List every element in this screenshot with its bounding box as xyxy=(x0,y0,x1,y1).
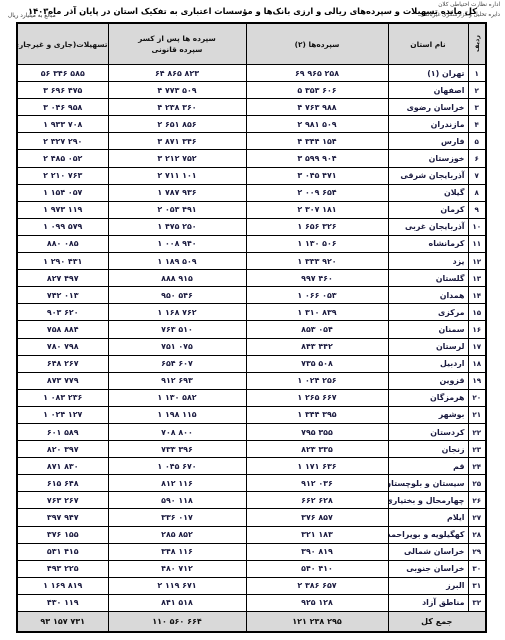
province-name: خراسان شمالی xyxy=(388,543,468,560)
deposits-value: ۵ ۳۵۳ ۶۰۶ xyxy=(246,82,388,99)
deposits-value: ۱ ۲۶۵ ۶۶۷ xyxy=(246,389,388,406)
facilities-value: ۸۲۰ ۳۹۷ xyxy=(17,441,108,458)
facilities-value: ۸۷۱ ۸۳۰ xyxy=(17,458,108,475)
after-legal-value: ۱ ۴۷۵ ۲۵۰ xyxy=(108,218,246,235)
row-number: ۱۲ xyxy=(468,253,486,270)
deposits-value: ۲ ۹۸۱ ۵۰۹ xyxy=(246,116,388,133)
after-legal-value: ۱ ۱۳۰ ۵۸۲ xyxy=(108,389,246,406)
deposits-value: ۲ ۳۸۶ ۶۵۷ xyxy=(246,577,388,594)
table-row: ۷آذربایجان شرقی۳ ۰۴۵ ۴۷۱۲ ۷۱۱ ۱۰۱۲ ۲۱۰ ۷… xyxy=(17,167,486,184)
province-name: کرمان xyxy=(388,201,468,218)
deposits-value: ۸۴۳ ۴۴۲ xyxy=(246,338,388,355)
row-number: ۲۱ xyxy=(468,406,486,423)
deposits-value: ۷۳۵ ۵۰۸ xyxy=(246,355,388,372)
facilities-value: ۳ ۰۴۶ ۹۵۸ xyxy=(17,99,108,116)
table-row: ۲۳زنجان۸۲۳ ۳۳۵۷۳۳ ۳۹۶۸۲۰ ۳۹۷ xyxy=(17,441,486,458)
after-legal-value: ۱ ۱۶۸ ۷۶۲ xyxy=(108,304,246,321)
deposits-value: ۱ ۳۴۴ ۳۹۵ xyxy=(246,406,388,423)
province-name: اصفهان xyxy=(388,82,468,99)
table-row: ۱۳گلستان۹۹۷ ۴۶۰۸۸۸ ۹۱۵۸۲۷ ۴۹۷ xyxy=(17,270,486,287)
facilities-value: ۵۶ ۳۴۶ ۵۸۵ xyxy=(17,65,108,82)
report-page: { "page": { "department_line1": "اداره ن… xyxy=(0,0,505,640)
row-number: ۱ xyxy=(468,65,486,82)
facilities-value: ۷۸۰ ۷۹۸ xyxy=(17,338,108,355)
row-number: ۱۰ xyxy=(468,218,486,235)
province-name: مرکزی xyxy=(388,304,468,321)
province-name: لرستان xyxy=(388,338,468,355)
province-name: چهارمحال و بختیاری xyxy=(388,492,468,509)
province-name: آذربایجان غربی xyxy=(388,218,468,235)
after-legal-value: ۲ ۷۱۱ ۱۰۱ xyxy=(108,167,246,184)
facilities-value: ۶۴۸ ۲۶۷ xyxy=(17,355,108,372)
facilities-value: ۷۵۸ ۸۸۴ xyxy=(17,321,108,338)
deposits-value: ۱ ۰۲۴ ۲۵۶ xyxy=(246,372,388,389)
table-row: ۲۶چهارمحال و بختیاری۶۶۲ ۶۲۸۵۹۰ ۱۱۸۷۶۳ ۲۶… xyxy=(17,492,486,509)
after-legal-value: ۷۳۳ ۳۹۶ xyxy=(108,441,246,458)
row-number: ۱۹ xyxy=(468,372,486,389)
table-row: ۲۰هرمزگان۱ ۲۶۵ ۶۶۷۱ ۱۳۰ ۵۸۲۱ ۰۸۳ ۲۳۶ xyxy=(17,389,486,406)
province-name: سیستان و بلوچستان xyxy=(388,475,468,492)
facilities-value: ۱ ۲۹۰ ۴۳۱ xyxy=(17,253,108,270)
after-legal-value: ۳۴۸ ۱۱۶ xyxy=(108,543,246,560)
facilities-value: ۱ ۱۶۹ ۸۱۹ xyxy=(17,577,108,594)
total-deposits-value: ۱۲۱ ۲۳۸ ۲۹۵ xyxy=(246,612,388,633)
table-row: ۲۷ایلام۳۷۶ ۸۵۷۳۳۶ ۰۱۷۳۹۷ ۹۴۷ xyxy=(17,509,486,526)
deposits-value: ۳۷۶ ۸۵۷ xyxy=(246,509,388,526)
facilities-value: ۸۷۳ ۷۷۹ xyxy=(17,372,108,389)
after-legal-value: ۷۰۸ ۸۰۰ xyxy=(108,423,246,440)
province-name: اردبیل xyxy=(388,355,468,372)
row-number: ۱۸ xyxy=(468,355,486,372)
facilities-value: ۷۶۳ ۲۶۷ xyxy=(17,492,108,509)
deposits-value: ۹۱۲ ۰۳۶ xyxy=(246,475,388,492)
table-row: ۳۲مناطق آزاد۹۲۵ ۱۲۸۸۴۱ ۵۱۸۴۳۰ ۱۱۹ xyxy=(17,594,486,611)
deposits-value: ۱ ۱۷۱ ۶۳۶ xyxy=(246,458,388,475)
after-legal-value: ۶۴ ۸۶۵ ۸۲۳ xyxy=(108,65,246,82)
province-name: خراسان جنوبی xyxy=(388,560,468,577)
after-legal-value: ۳ ۸۷۱ ۳۴۶ xyxy=(108,133,246,150)
row-number: ۳۰ xyxy=(468,560,486,577)
province-name: خوزستان xyxy=(388,150,468,167)
row-number: ۹ xyxy=(468,201,486,218)
deposits-value: ۳۲۱ ۱۸۳ xyxy=(246,526,388,543)
after-legal-value: ۱ ۱۹۸ ۱۱۵ xyxy=(108,406,246,423)
province-name: آذربایجان شرقی xyxy=(388,167,468,184)
column-header-deposits: سپرده‌ها (۲) xyxy=(246,23,388,65)
facilities-value: ۴۳۰ ۱۱۹ xyxy=(17,594,108,611)
facilities-value: ۳۷۶ ۱۵۵ xyxy=(17,526,108,543)
province-name: کهگیلویه و بویراحمد xyxy=(388,526,468,543)
after-legal-value: ۴ ۲۳۸ ۳۶۰ xyxy=(108,99,246,116)
after-legal-value: ۷۵۱ ۰۷۵ xyxy=(108,338,246,355)
row-number: ۵ xyxy=(468,133,486,150)
row-number: ۱۷ xyxy=(468,338,486,355)
deposits-value: ۳۹۰ ۸۱۹ xyxy=(246,543,388,560)
facilities-value: ۱ ۹۳۳ ۷۰۸ xyxy=(17,116,108,133)
page-title: کل مانده تسهیلات و سپرده‌های ریالی و ارز… xyxy=(0,6,505,16)
province-name: همدان xyxy=(388,287,468,304)
facilities-value: ۱ ۰۹۹ ۵۷۹ xyxy=(17,218,108,235)
table-row: ۹کرمان۲ ۳۰۷ ۱۸۱۲ ۰۵۳ ۴۹۱۱ ۹۷۳ ۱۱۹ xyxy=(17,201,486,218)
row-number: ۲۵ xyxy=(468,475,486,492)
deposits-value: ۶۹ ۹۶۵ ۲۵۸ xyxy=(246,65,388,82)
table-body: ۱تهران (۱)۶۹ ۹۶۵ ۲۵۸۶۴ ۸۶۵ ۸۲۳۵۶ ۳۴۶ ۵۸۵… xyxy=(17,65,486,612)
after-legal-value: ۷۶۳ ۵۱۰ xyxy=(108,321,246,338)
row-number: ۲۹ xyxy=(468,543,486,560)
row-number: ۲۴ xyxy=(468,458,486,475)
deposits-value: ۱ ۰۶۶ ۰۵۳ xyxy=(246,287,388,304)
facilities-value: ۱ ۰۲۴ ۱۲۷ xyxy=(17,406,108,423)
row-number: ۱۵ xyxy=(468,304,486,321)
row-number: ۲۳ xyxy=(468,441,486,458)
deposits-value: ۹۹۷ ۴۶۰ xyxy=(246,270,388,287)
table-row: ۲۹خراسان شمالی۳۹۰ ۸۱۹۳۴۸ ۱۱۶۵۳۱ ۴۱۵ xyxy=(17,543,486,560)
after-legal-value: ۹۱۲ ۶۹۳ xyxy=(108,372,246,389)
province-name: قم xyxy=(388,458,468,475)
table-row: ۲۱بوشهر۱ ۳۴۴ ۳۹۵۱ ۱۹۸ ۱۱۵۱ ۰۲۴ ۱۲۷ xyxy=(17,406,486,423)
column-header-after-legal: سپرده ها پس از کسر سپرده قانونی xyxy=(108,23,246,65)
after-legal-value: ۳ ۲۱۲ ۷۵۲ xyxy=(108,150,246,167)
facilities-value: ۹۰۳ ۶۲۰ xyxy=(17,304,108,321)
after-legal-value: ۲ ۱۱۹ ۶۷۱ xyxy=(108,577,246,594)
facilities-value: ۱ ۰۸۳ ۲۳۶ xyxy=(17,389,108,406)
row-number: ۲۰ xyxy=(468,389,486,406)
facilities-value: ۸۲۷ ۴۹۷ xyxy=(17,270,108,287)
facilities-value: ۲ ۲۱۰ ۷۶۳ xyxy=(17,167,108,184)
row-number: ۲۲ xyxy=(468,423,486,440)
unit-note: مبالغ به میلیارد ریال xyxy=(8,13,56,19)
province-name: گلستان xyxy=(388,270,468,287)
table-row: ۲۴قم۱ ۱۷۱ ۶۳۶۱ ۰۴۵ ۶۷۰۸۷۱ ۸۳۰ xyxy=(17,458,486,475)
row-number: ۱۶ xyxy=(468,321,486,338)
province-name: فارس xyxy=(388,133,468,150)
column-header-province: نام استان xyxy=(388,23,468,65)
facilities-value: ۶۰۱ ۵۸۹ xyxy=(17,423,108,440)
facilities-value: ۵۳۱ ۴۱۵ xyxy=(17,543,108,560)
table-row: ۱۵مرکزی۱ ۳۱۰ ۸۳۹۱ ۱۶۸ ۷۶۲۹۰۳ ۶۲۰ xyxy=(17,304,486,321)
table-row: ۱۶سمنان۸۵۳ ۰۵۴۷۶۳ ۵۱۰۷۵۸ ۸۸۴ xyxy=(17,321,486,338)
after-legal-value: ۸۸۸ ۹۱۵ xyxy=(108,270,246,287)
row-number: ۱۱ xyxy=(468,235,486,252)
after-legal-value: ۸۱۲ ۱۱۶ xyxy=(108,475,246,492)
table-row: ۱۴همدان۱ ۰۶۶ ۰۵۳۹۵۰ ۵۴۶۷۴۲ ۰۱۳ xyxy=(17,287,486,304)
province-name: خراسان رضوی xyxy=(388,99,468,116)
province-name: کرمانشاه xyxy=(388,235,468,252)
table-row: ۲۸کهگیلویه و بویراحمد۳۲۱ ۱۸۳۲۸۵ ۸۵۲۳۷۶ ۱… xyxy=(17,526,486,543)
facilities-value: ۲ ۴۸۵ ۰۵۲ xyxy=(17,150,108,167)
deposits-value: ۷۹۵ ۳۵۵ xyxy=(246,423,388,440)
deposits-value: ۸۵۳ ۰۵۴ xyxy=(246,321,388,338)
table-row: ۵فارس۴ ۳۴۴ ۱۵۴۳ ۸۷۱ ۳۴۶۲ ۳۲۷ ۲۹۰ xyxy=(17,133,486,150)
after-legal-value: ۴ ۷۷۳ ۵۰۹ xyxy=(108,82,246,99)
row-number: ۳۱ xyxy=(468,577,486,594)
facilities-value: ۴۹۳ ۲۲۵ xyxy=(17,560,108,577)
after-legal-value: ۹۵۰ ۵۴۶ xyxy=(108,287,246,304)
after-legal-value: ۱ ۰۰۸ ۹۴۰ xyxy=(108,235,246,252)
table-row: ۱۱کرمانشاه۱ ۱۳۰ ۵۰۶۱ ۰۰۸ ۹۴۰۸۸۰ ۰۸۵ xyxy=(17,235,486,252)
row-number: ۱۴ xyxy=(468,287,486,304)
facilities-value: ۱ ۱۵۴ ۰۵۷ xyxy=(17,184,108,201)
row-number: ۲۶ xyxy=(468,492,486,509)
row-number: ۷ xyxy=(468,167,486,184)
deposits-value: ۴ ۳۴۴ ۱۵۴ xyxy=(246,133,388,150)
after-legal-value: ۸۴۱ ۵۱۸ xyxy=(108,594,246,611)
deposits-value: ۲ ۰۰۹ ۶۵۴ xyxy=(246,184,388,201)
province-name: سمنان xyxy=(388,321,468,338)
table-row: ۲۲کردستان۷۹۵ ۳۵۵۷۰۸ ۸۰۰۶۰۱ ۵۸۹ xyxy=(17,423,486,440)
total-row: جمع کل ۱۲۱ ۲۳۸ ۲۹۵ ۱۱۰ ۵۶۰ ۶۶۴ ۹۳ ۱۵۷ ۷۳… xyxy=(17,612,486,633)
table-row: ۳خراسان رضوی۴ ۷۶۳ ۹۸۸۴ ۲۳۸ ۳۶۰۳ ۰۴۶ ۹۵۸ xyxy=(17,99,486,116)
deposits-value: ۴ ۷۶۳ ۹۸۸ xyxy=(246,99,388,116)
row-number: ۳ xyxy=(468,99,486,116)
table-row: ۳۱البرز۲ ۳۸۶ ۶۵۷۲ ۱۱۹ ۶۷۱۱ ۱۶۹ ۸۱۹ xyxy=(17,577,486,594)
province-name: قزوین xyxy=(388,372,468,389)
province-name: هرمزگان xyxy=(388,389,468,406)
deposits-value: ۱ ۳۳۳ ۹۲۰ xyxy=(246,253,388,270)
total-label: جمع کل xyxy=(388,612,486,633)
after-legal-value: ۱ ۷۸۷ ۹۳۶ xyxy=(108,184,246,201)
facilities-value: ۲ ۳۲۷ ۲۹۰ xyxy=(17,133,108,150)
table-row: ۴مازندران۲ ۹۸۱ ۵۰۹۲ ۶۵۱ ۸۵۶۱ ۹۳۳ ۷۰۸ xyxy=(17,116,486,133)
facilities-value: ۸۸۰ ۰۸۵ xyxy=(17,235,108,252)
after-legal-value: ۲۸۵ ۸۵۲ xyxy=(108,526,246,543)
table-row: ۲۵سیستان و بلوچستان۹۱۲ ۰۳۶۸۱۲ ۱۱۶۶۱۵ ۶۴۸ xyxy=(17,475,486,492)
table-row: ۱۷لرستان۸۴۳ ۴۴۲۷۵۱ ۰۷۵۷۸۰ ۷۹۸ xyxy=(17,338,486,355)
province-name: البرز xyxy=(388,577,468,594)
after-legal-value: ۲ ۰۵۳ ۴۹۱ xyxy=(108,201,246,218)
after-legal-value: ۲ ۶۵۱ ۸۵۶ xyxy=(108,116,246,133)
facilities-value: ۳ ۶۹۶ ۴۷۵ xyxy=(17,82,108,99)
deposits-value: ۱ ۱۳۰ ۵۰۶ xyxy=(246,235,388,252)
after-legal-value: ۵۹۰ ۱۱۸ xyxy=(108,492,246,509)
province-name: بوشهر xyxy=(388,406,468,423)
table-row: ۲اصفهان۵ ۳۵۳ ۶۰۶۴ ۷۷۳ ۵۰۹۳ ۶۹۶ ۴۷۵ xyxy=(17,82,486,99)
row-number: ۲ xyxy=(468,82,486,99)
row-number: ۲۷ xyxy=(468,509,486,526)
province-name: گیلان xyxy=(388,184,468,201)
table-row: ۳۰خراسان جنوبی۵۴۰ ۴۱۰۴۸۰ ۷۱۲۴۹۳ ۲۲۵ xyxy=(17,560,486,577)
table-row: ۸گیلان۲ ۰۰۹ ۶۵۴۱ ۷۸۷ ۹۳۶۱ ۱۵۴ ۰۵۷ xyxy=(17,184,486,201)
facilities-value: ۶۱۵ ۶۴۸ xyxy=(17,475,108,492)
table-row: ۶خوزستان۳ ۵۹۹ ۹۰۴۳ ۲۱۲ ۷۵۲۲ ۴۸۵ ۰۵۲ xyxy=(17,150,486,167)
deposits-value: ۵۴۰ ۴۱۰ xyxy=(246,560,388,577)
after-legal-value: ۶۵۴ ۶۰۷ xyxy=(108,355,246,372)
facilities-value: ۱ ۹۷۳ ۱۱۹ xyxy=(17,201,108,218)
province-name: ایلام xyxy=(388,509,468,526)
row-number: ۲۸ xyxy=(468,526,486,543)
row-number: ۶ xyxy=(468,150,486,167)
table-row: ۱۸اردبیل۷۳۵ ۵۰۸۶۵۴ ۶۰۷۶۴۸ ۲۶۷ xyxy=(17,355,486,372)
after-legal-value: ۱ ۰۴۵ ۶۷۰ xyxy=(108,458,246,475)
province-name: زنجان xyxy=(388,441,468,458)
after-legal-value: ۱ ۱۸۹ ۵۰۹ xyxy=(108,253,246,270)
table-row: ۱۰آذربایجان غربی۱ ۶۵۶ ۳۲۶۱ ۴۷۵ ۲۵۰۱ ۰۹۹ … xyxy=(17,218,486,235)
deposits-value: ۸۲۳ ۳۳۵ xyxy=(246,441,388,458)
total-after-legal-value: ۱۱۰ ۵۶۰ ۶۶۴ xyxy=(108,612,246,633)
province-name: مناطق آزاد xyxy=(388,594,468,611)
table-row: ۱۲یزد۱ ۳۳۳ ۹۲۰۱ ۱۸۹ ۵۰۹۱ ۲۹۰ ۴۳۱ xyxy=(17,253,486,270)
deposits-value: ۹۲۵ ۱۲۸ xyxy=(246,594,388,611)
deposits-value: ۳ ۰۴۵ ۴۷۱ xyxy=(246,167,388,184)
deposits-value: ۱ ۳۱۰ ۸۳۹ xyxy=(246,304,388,321)
row-number: ۱۳ xyxy=(468,270,486,287)
deposits-value: ۶۶۲ ۶۲۸ xyxy=(246,492,388,509)
deposits-value: ۲ ۳۰۷ ۱۸۱ xyxy=(246,201,388,218)
table-header: ردیف نام استان سپرده‌ها (۲) سپرده ها پس … xyxy=(17,23,486,65)
column-header-row: ردیف xyxy=(468,23,486,65)
row-number: ۳۲ xyxy=(468,594,486,611)
row-number: ۴ xyxy=(468,116,486,133)
province-name: یزد xyxy=(388,253,468,270)
province-name: کردستان xyxy=(388,423,468,440)
deposits-value: ۱ ۶۵۶ ۳۲۶ xyxy=(246,218,388,235)
table-row: ۱تهران (۱)۶۹ ۹۶۵ ۲۵۸۶۴ ۸۶۵ ۸۲۳۵۶ ۳۴۶ ۵۸۵ xyxy=(17,65,486,82)
total-facilities-value: ۹۳ ۱۵۷ ۷۳۱ xyxy=(17,612,108,633)
province-deposits-table: ردیف نام استان سپرده‌ها (۲) سپرده ها پس … xyxy=(16,22,487,633)
table-footer: جمع کل ۱۲۱ ۲۳۸ ۲۹۵ ۱۱۰ ۵۶۰ ۶۶۴ ۹۳ ۱۵۷ ۷۳… xyxy=(17,612,486,633)
after-legal-value: ۳۳۶ ۰۱۷ xyxy=(108,509,246,526)
row-number: ۸ xyxy=(468,184,486,201)
deposits-value: ۳ ۵۹۹ ۹۰۴ xyxy=(246,150,388,167)
after-legal-value: ۴۸۰ ۷۱۲ xyxy=(108,560,246,577)
facilities-value: ۷۴۲ ۰۱۳ xyxy=(17,287,108,304)
column-header-facilities: تسهیلات(جاری و غیرجاری) xyxy=(17,23,108,65)
table-row: ۱۹قزوین۱ ۰۲۴ ۲۵۶۹۱۲ ۶۹۳۸۷۳ ۷۷۹ xyxy=(17,372,486,389)
province-name: مازندران xyxy=(388,116,468,133)
facilities-value: ۳۹۷ ۹۴۷ xyxy=(17,509,108,526)
province-name: تهران (۱) xyxy=(388,65,468,82)
